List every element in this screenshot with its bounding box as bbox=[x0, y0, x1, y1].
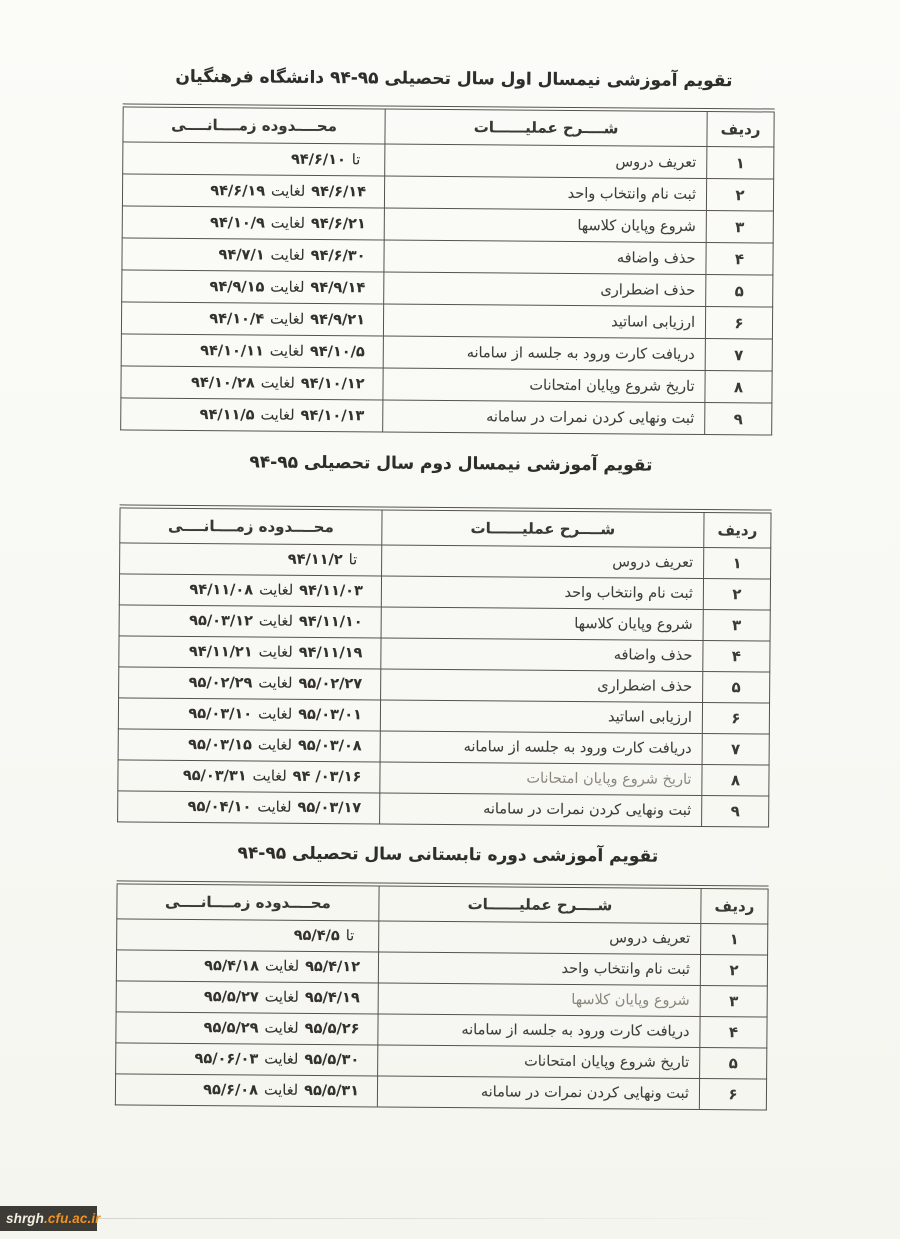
operation-cell: تاریخ شروع وپایان امتحانات bbox=[383, 368, 705, 403]
table-row: ۴ حذف واضافه ۹۴/۶/۳۰لغایت۹۴/۷/۱ bbox=[122, 238, 773, 275]
row-number-cell: ۴ bbox=[700, 1016, 767, 1048]
time-end: ۹۴/۶/۱۹ bbox=[210, 183, 265, 199]
row-number-cell: ۳ bbox=[700, 985, 767, 1017]
table-title: تقویم آموزشی نیمسال اول سال تحصیلی ۹۵-۹۴… bbox=[133, 63, 775, 94]
scan-rotation-layer: تقویم آموزشی نیمسال اول سال تحصیلی ۹۵-۹۴… bbox=[0, 0, 900, 1239]
table-row: ۵ حذف اضطراری ۹۵/۰۲/۲۷لغایت۹۵/۰۲/۲۹ bbox=[119, 667, 770, 703]
operation-cell: ثبت ونهایی کردن نمرات در سامانه bbox=[383, 400, 705, 435]
table-row: ۱ تعریف دروس تا۹۴/۶/۱۰ bbox=[123, 142, 774, 179]
time-connector: لغایت bbox=[265, 959, 299, 975]
time-connector: لغایت bbox=[264, 1052, 298, 1068]
table-row: ۱ تعریف دروس تا۹۵/۴/۵ bbox=[117, 919, 768, 955]
time-end: ۹۵/۰۲/۲۹ bbox=[189, 675, 253, 691]
time-start: ۹۴/۹/۲۱ bbox=[310, 311, 365, 327]
table-row: ۲ ثبت نام وانتخاب واحد ۹۴/۱۱/۰۳لغایت۹۴/۱… bbox=[119, 574, 770, 610]
operation-cell: ثبت ونهایی کردن نمرات در سامانه bbox=[377, 1076, 699, 1110]
time-end: ۹۵/۰۶/۰۳ bbox=[195, 1051, 259, 1067]
table-row: ۷ دریافت کارت ورود به جلسه از سامانه ۹۴/… bbox=[121, 334, 772, 371]
table-row: ۶ ثبت ونهایی کردن نمرات در سامانه ۹۵/۵/۳… bbox=[115, 1074, 766, 1110]
time-range-cell: ۹۴/۹/۱۴لغایت۹۴/۹/۱۵ bbox=[122, 270, 384, 304]
operation-cell: شروع وپایان کلاسها bbox=[384, 208, 706, 243]
table-row: ۸ تاریخ شروع وپایان امتحانات ۹۴/۱۰/۱۲لغا… bbox=[121, 366, 772, 403]
table-row: ۳ شروع وپایان کلاسها ۹۵/۴/۱۹لغایت۹۵/۵/۲۷ bbox=[116, 981, 767, 1017]
table-row: ۸ تاریخ شروع وپایان امتحانات ۹۴ /۰۳/۱۶لغ… bbox=[118, 760, 769, 796]
time-start: ۹۴/۱۰/۱۳ bbox=[301, 407, 365, 423]
time-start: ۹۴/۱۰/۵ bbox=[310, 343, 365, 359]
time-start: ۹۵/۰۳/۱۷ bbox=[297, 800, 361, 816]
time-range-cell: ۹۴/۶/۱۴لغایت۹۴/۶/۱۹ bbox=[122, 174, 384, 208]
time-range-cell: تا۹۴/۶/۱۰ bbox=[123, 142, 385, 176]
header-time-range: محــــدوده زمــــانــــی bbox=[117, 882, 379, 921]
time-connector: لغایت bbox=[259, 614, 293, 630]
time-range-cell: ۹۵/۵/۲۶لغایت۹۵/۵/۲۹ bbox=[116, 1012, 378, 1045]
header-operation: شــــرح عملیــــــات bbox=[385, 107, 707, 146]
calendar-section: تقویم آموزشی نیمسال اول سال تحصیلی ۹۵-۹۴… bbox=[130, 63, 775, 435]
time-connector: لغایت bbox=[270, 311, 304, 327]
time-start: ۹۵/۰۳/۰۱ bbox=[298, 707, 362, 723]
operation-cell: تاریخ شروع وپایان امتحانات bbox=[378, 1045, 700, 1079]
time-range-cell: تا۹۵/۴/۵ bbox=[117, 919, 379, 952]
time-start: ۹۴ /۰۳/۱۶ bbox=[293, 769, 362, 786]
table-row: ۳ شروع وپایان کلاسها ۹۴/۶/۲۱لغایت۹۴/۱۰/۹ bbox=[122, 206, 773, 243]
time-start: ۹۴/۱۱/۱۰ bbox=[299, 614, 363, 630]
time-start: ۹۴/۶/۳۰ bbox=[311, 247, 366, 263]
table-row: ۹ ثبت ونهایی کردن نمرات در سامانه ۹۴/۱۰/… bbox=[121, 398, 772, 435]
time-end: ۹۵/۴/۱۸ bbox=[204, 958, 259, 974]
operation-cell: حذف اضطراری bbox=[384, 272, 706, 307]
time-range-cell: ۹۵/۵/۳۰لغایت۹۵/۰۶/۰۳ bbox=[116, 1043, 378, 1076]
time-range-cell: ۹۴/۱۰/۱۳لغایت۹۴/۱۱/۵ bbox=[121, 398, 383, 432]
calendar-table: ردیف شــــرح عملیــــــات محــــدوده زمـ… bbox=[120, 103, 775, 435]
time-connector: لغایت bbox=[270, 279, 304, 295]
time-range-cell: ۹۴/۱۱/۰۳لغایت۹۴/۱۱/۰۸ bbox=[119, 574, 381, 607]
time-connector: لغایت bbox=[257, 799, 291, 815]
header-row-number: ردیف bbox=[704, 511, 771, 548]
operation-cell: تاریخ شروع وپایان امتحانات bbox=[380, 762, 702, 796]
row-number-cell: ۲ bbox=[700, 954, 767, 986]
table-row: ۲ ثبت نام وانتخاب واحد ۹۵/۴/۱۲لغایت۹۵/۴/… bbox=[116, 950, 767, 986]
row-number-cell: ۸ bbox=[702, 764, 769, 796]
time-end: ۹۴/۶/۱۰ bbox=[291, 151, 346, 167]
time-connector: لغایت bbox=[271, 183, 305, 199]
time-end: ۹۵/۵/۲۹ bbox=[204, 1020, 259, 1036]
table-row: ۶ ارزیابی اساتید ۹۵/۰۳/۰۱لغایت۹۵/۰۳/۱۰ bbox=[118, 698, 769, 734]
time-connector: لغایت bbox=[271, 247, 305, 263]
table-row: ۴ دریافت کارت ورود به جلسه از سامانه ۹۵/… bbox=[116, 1012, 767, 1048]
header-row: ردیف شــــرح عملیــــــات محــــدوده زمـ… bbox=[123, 105, 774, 147]
time-end: ۹۴/۱۰/۴ bbox=[209, 311, 264, 327]
operation-cell: ثبت نام وانتخاب واحد bbox=[378, 952, 700, 986]
time-range-cell: ۹۴/۱۰/۵لغایت۹۴/۱۰/۱۱ bbox=[121, 334, 383, 368]
time-start: ۹۵/۵/۳۰ bbox=[304, 1052, 359, 1068]
time-end: ۹۵/۵/۲۷ bbox=[204, 989, 259, 1005]
time-end: ۹۴/۱۱/۲ bbox=[288, 552, 343, 568]
time-connector: تا bbox=[346, 928, 355, 944]
time-end: ۹۵/۰۳/۳۱ bbox=[183, 768, 247, 784]
time-start: ۹۵/۴/۱۲ bbox=[305, 959, 360, 975]
row-number-cell: ۷ bbox=[705, 338, 772, 371]
time-start: ۹۵/۰۳/۰۸ bbox=[298, 738, 362, 754]
time-end: ۹۵/۴/۵ bbox=[294, 928, 340, 944]
time-end: ۹۴/۱۱/۰۸ bbox=[189, 582, 253, 598]
time-start: ۹۵/۵/۳۱ bbox=[304, 1083, 359, 1099]
time-range-cell: ۹۴ /۰۳/۱۶لغایت۹۵/۰۳/۳۱ bbox=[118, 760, 380, 793]
operation-cell: ثبت نام وانتخاب واحد bbox=[381, 576, 703, 610]
operation-cell: تعریف دروس bbox=[382, 545, 704, 579]
time-connector: لغایت bbox=[264, 1083, 298, 1099]
time-connector: لغایت bbox=[260, 407, 294, 423]
time-start: ۹۴/۱۱/۱۹ bbox=[299, 645, 363, 661]
time-end: ۹۵/۰۳/۱۲ bbox=[189, 613, 253, 629]
row-number-cell: ۴ bbox=[703, 640, 770, 672]
scan-artifact-line bbox=[95, 1218, 800, 1219]
header-operation: شــــرح عملیــــــات bbox=[382, 508, 704, 547]
row-number-cell: ۹ bbox=[705, 402, 772, 435]
time-end: ۹۴/۱۱/۲۱ bbox=[189, 644, 253, 660]
row-number-cell: ۸ bbox=[705, 370, 772, 403]
time-start: ۹۵/۴/۱۹ bbox=[305, 990, 360, 1006]
time-connector: لغایت bbox=[264, 1021, 298, 1037]
header-time-range: محــــدوده زمــــانــــی bbox=[123, 105, 385, 144]
watermark-stamp: shrgh.cfu.ac.ir bbox=[0, 1206, 97, 1231]
time-end: ۹۴/۱۱/۵ bbox=[200, 407, 255, 423]
time-range-cell: تا۹۴/۱۱/۲ bbox=[120, 543, 382, 576]
time-range-cell: ۹۵/۴/۱۲لغایت۹۵/۴/۱۸ bbox=[116, 950, 378, 983]
calendar-table: ردیف شــــرح عملیــــــات محــــدوده زمـ… bbox=[115, 880, 769, 1110]
time-range-cell: ۹۴/۱۱/۱۹لغایت۹۴/۱۱/۲۱ bbox=[119, 636, 381, 669]
row-number-cell: ۹ bbox=[702, 795, 769, 827]
header-time-range: محــــدوده زمــــانــــی bbox=[120, 506, 382, 545]
row-number-cell: ۴ bbox=[706, 243, 773, 276]
time-range-cell: ۹۴/۶/۲۱لغایت۹۴/۱۰/۹ bbox=[122, 206, 384, 240]
time-start: ۹۴/۶/۲۱ bbox=[311, 215, 366, 231]
time-end: ۹۵/۶/۰۸ bbox=[203, 1082, 258, 1098]
time-connector: لغایت bbox=[259, 583, 293, 599]
table-row: ۵ حذف اضطراری ۹۴/۹/۱۴لغایت۹۴/۹/۱۵ bbox=[122, 270, 773, 307]
table-row: ۷ دریافت کارت ورود به جلسه از سامانه ۹۵/… bbox=[118, 729, 769, 765]
time-start: ۹۴/۹/۱۴ bbox=[310, 279, 365, 295]
time-end: ۹۴/۱۰/۱۱ bbox=[200, 343, 264, 359]
calendar-section: تقویم آموزشی دوره تابستانی سال تحصیلی ۹۵… bbox=[125, 839, 769, 1110]
header-row-number: ردیف bbox=[707, 110, 774, 147]
watermark-site-prefix: shrgh bbox=[6, 1211, 44, 1226]
table-row: ۵ تاریخ شروع وپایان امتحانات ۹۵/۵/۳۰لغای… bbox=[116, 1043, 767, 1079]
time-connector: تا bbox=[352, 152, 361, 168]
row-number-cell: ۷ bbox=[702, 733, 769, 765]
operation-cell: دریافت کارت ورود به جلسه از سامانه bbox=[380, 731, 702, 765]
time-range-cell: ۹۵/۰۳/۰۸لغایت۹۵/۰۳/۱۵ bbox=[118, 729, 380, 762]
operation-cell: حذف واضافه bbox=[381, 638, 703, 672]
row-number-cell: ۳ bbox=[706, 211, 773, 244]
time-range-cell: ۹۵/۰۳/۱۷لغایت۹۵/۰۴/۱۰ bbox=[118, 791, 380, 824]
table-title: تقویم آموزشی نیمسال دوم سال تحصیلی ۹۵-۹۴ bbox=[130, 448, 772, 479]
row-number-cell: ۵ bbox=[706, 275, 773, 308]
header-row: ردیف شــــرح عملیــــــات محــــدوده زمـ… bbox=[117, 882, 768, 924]
row-number-cell: ۲ bbox=[706, 179, 773, 212]
row-number-cell: ۵ bbox=[700, 1047, 767, 1079]
time-end: ۹۵/۰۴/۱۰ bbox=[188, 799, 252, 815]
time-connector: لغایت bbox=[258, 706, 292, 722]
header-row-number: ردیف bbox=[701, 887, 768, 924]
time-start: ۹۴/۱۰/۱۲ bbox=[301, 375, 365, 391]
table-row: ۱ تعریف دروس تا۹۴/۱۱/۲ bbox=[120, 543, 771, 579]
operation-cell: شروع وپایان کلاسها bbox=[378, 983, 700, 1017]
header-operation: شــــرح عملیــــــات bbox=[379, 884, 701, 923]
table-title: تقویم آموزشی دوره تابستانی سال تحصیلی ۹۵… bbox=[127, 839, 769, 870]
calendar-table: ردیف شــــرح عملیــــــات محــــدوده زمـ… bbox=[117, 504, 771, 827]
time-connector: لغایت bbox=[258, 675, 292, 691]
row-number-cell: ۱ bbox=[704, 547, 771, 579]
time-connector: لغایت bbox=[259, 644, 293, 660]
table-row: ۴ حذف واضافه ۹۴/۱۱/۱۹لغایت۹۴/۱۱/۲۱ bbox=[119, 636, 770, 672]
time-range-cell: ۹۵/۰۲/۲۷لغایت۹۵/۰۲/۲۹ bbox=[119, 667, 381, 700]
row-number-cell: ۱ bbox=[701, 923, 768, 955]
operation-cell: دریافت کارت ورود به جلسه از سامانه bbox=[378, 1014, 700, 1048]
time-range-cell: ۹۴/۱۱/۱۰لغایت۹۵/۰۳/۱۲ bbox=[119, 605, 381, 638]
time-range-cell: ۹۵/۴/۱۹لغایت۹۵/۵/۲۷ bbox=[116, 981, 378, 1014]
table-row: ۳ شروع وپایان کلاسها ۹۴/۱۱/۱۰لغایت۹۵/۰۳/… bbox=[119, 605, 770, 641]
row-number-cell: ۶ bbox=[702, 702, 769, 734]
header-row: ردیف شــــرح عملیــــــات محــــدوده زمـ… bbox=[120, 506, 771, 548]
row-number-cell: ۳ bbox=[703, 609, 770, 641]
time-connector: لغایت bbox=[261, 375, 295, 391]
time-range-cell: ۹۵/۵/۳۱لغایت۹۵/۶/۰۸ bbox=[115, 1074, 377, 1107]
row-number-cell: ۶ bbox=[699, 1078, 766, 1110]
calendar-tables: تقویم آموزشی نیمسال اول سال تحصیلی ۹۵-۹۴… bbox=[125, 0, 776, 1111]
time-connector: لغایت bbox=[271, 215, 305, 231]
time-end: ۹۵/۰۳/۱۰ bbox=[188, 706, 252, 722]
operation-cell: ثبت نام وانتخاب واحد bbox=[384, 176, 706, 211]
time-end: ۹۴/۱۰/۲۸ bbox=[191, 374, 255, 390]
time-end: ۹۴/۹/۱۵ bbox=[209, 279, 264, 295]
time-connector: لغایت bbox=[270, 343, 304, 359]
time-range-cell: ۹۴/۶/۳۰لغایت۹۴/۷/۱ bbox=[122, 238, 384, 272]
time-end: ۹۵/۰۳/۱۵ bbox=[188, 737, 252, 753]
row-number-cell: ۱ bbox=[707, 147, 774, 180]
table-row: ۲ ثبت نام وانتخاب واحد ۹۴/۶/۱۴لغایت۹۴/۶/… bbox=[122, 174, 773, 211]
time-start: ۹۴/۱۱/۰۳ bbox=[299, 583, 363, 599]
watermark-site-suffix: .cfu.ac.ir bbox=[44, 1211, 101, 1226]
time-connector: لغایت bbox=[258, 737, 292, 753]
row-number-cell: ۲ bbox=[703, 578, 770, 610]
time-end: ۹۴/۱۰/۹ bbox=[210, 215, 265, 231]
table-row: ۶ ارزیابی اساتید ۹۴/۹/۲۱لغایت۹۴/۱۰/۴ bbox=[121, 302, 772, 339]
time-range-cell: ۹۴/۱۰/۱۲لغایت۹۴/۱۰/۲۸ bbox=[121, 366, 383, 400]
time-connector: لغایت bbox=[265, 990, 299, 1006]
time-connector: لغایت bbox=[253, 768, 287, 784]
calendar-section: تقویم آموزشی نیمسال دوم سال تحصیلی ۹۵-۹۴… bbox=[127, 448, 772, 827]
time-connector: تا bbox=[349, 552, 358, 568]
time-start: ۹۵/۵/۲۶ bbox=[305, 1021, 360, 1037]
table-row: ۹ ثبت ونهایی کردن نمرات در سامانه ۹۵/۰۳/… bbox=[118, 791, 769, 827]
time-start: ۹۵/۰۲/۲۷ bbox=[298, 676, 362, 692]
operation-cell: ارزیابی اساتید bbox=[383, 304, 705, 339]
time-end: ۹۴/۷/۱ bbox=[219, 247, 265, 263]
operation-cell: ثبت ونهایی کردن نمرات در سامانه bbox=[380, 793, 702, 827]
operation-cell: دریافت کارت ورود به جلسه از سامانه bbox=[383, 336, 705, 371]
operation-cell: تعریف دروس bbox=[379, 921, 701, 955]
operation-cell: حذف اضطراری bbox=[381, 669, 703, 703]
operation-cell: تعریف دروس bbox=[385, 144, 707, 179]
row-number-cell: ۶ bbox=[705, 306, 772, 339]
scanned-sheet: تقویم آموزشی نیمسال اول سال تحصیلی ۹۵-۹۴… bbox=[0, 0, 900, 1239]
time-range-cell: ۹۴/۹/۲۱لغایت۹۴/۱۰/۴ bbox=[121, 302, 383, 336]
operation-cell: ارزیابی اساتید bbox=[380, 700, 702, 734]
time-range-cell: ۹۵/۰۳/۰۱لغایت۹۵/۰۳/۱۰ bbox=[118, 698, 380, 731]
operation-cell: شروع وپایان کلاسها bbox=[381, 607, 703, 641]
operation-cell: حذف واضافه bbox=[384, 240, 706, 275]
row-number-cell: ۵ bbox=[703, 671, 770, 703]
time-start: ۹۴/۶/۱۴ bbox=[311, 183, 366, 199]
